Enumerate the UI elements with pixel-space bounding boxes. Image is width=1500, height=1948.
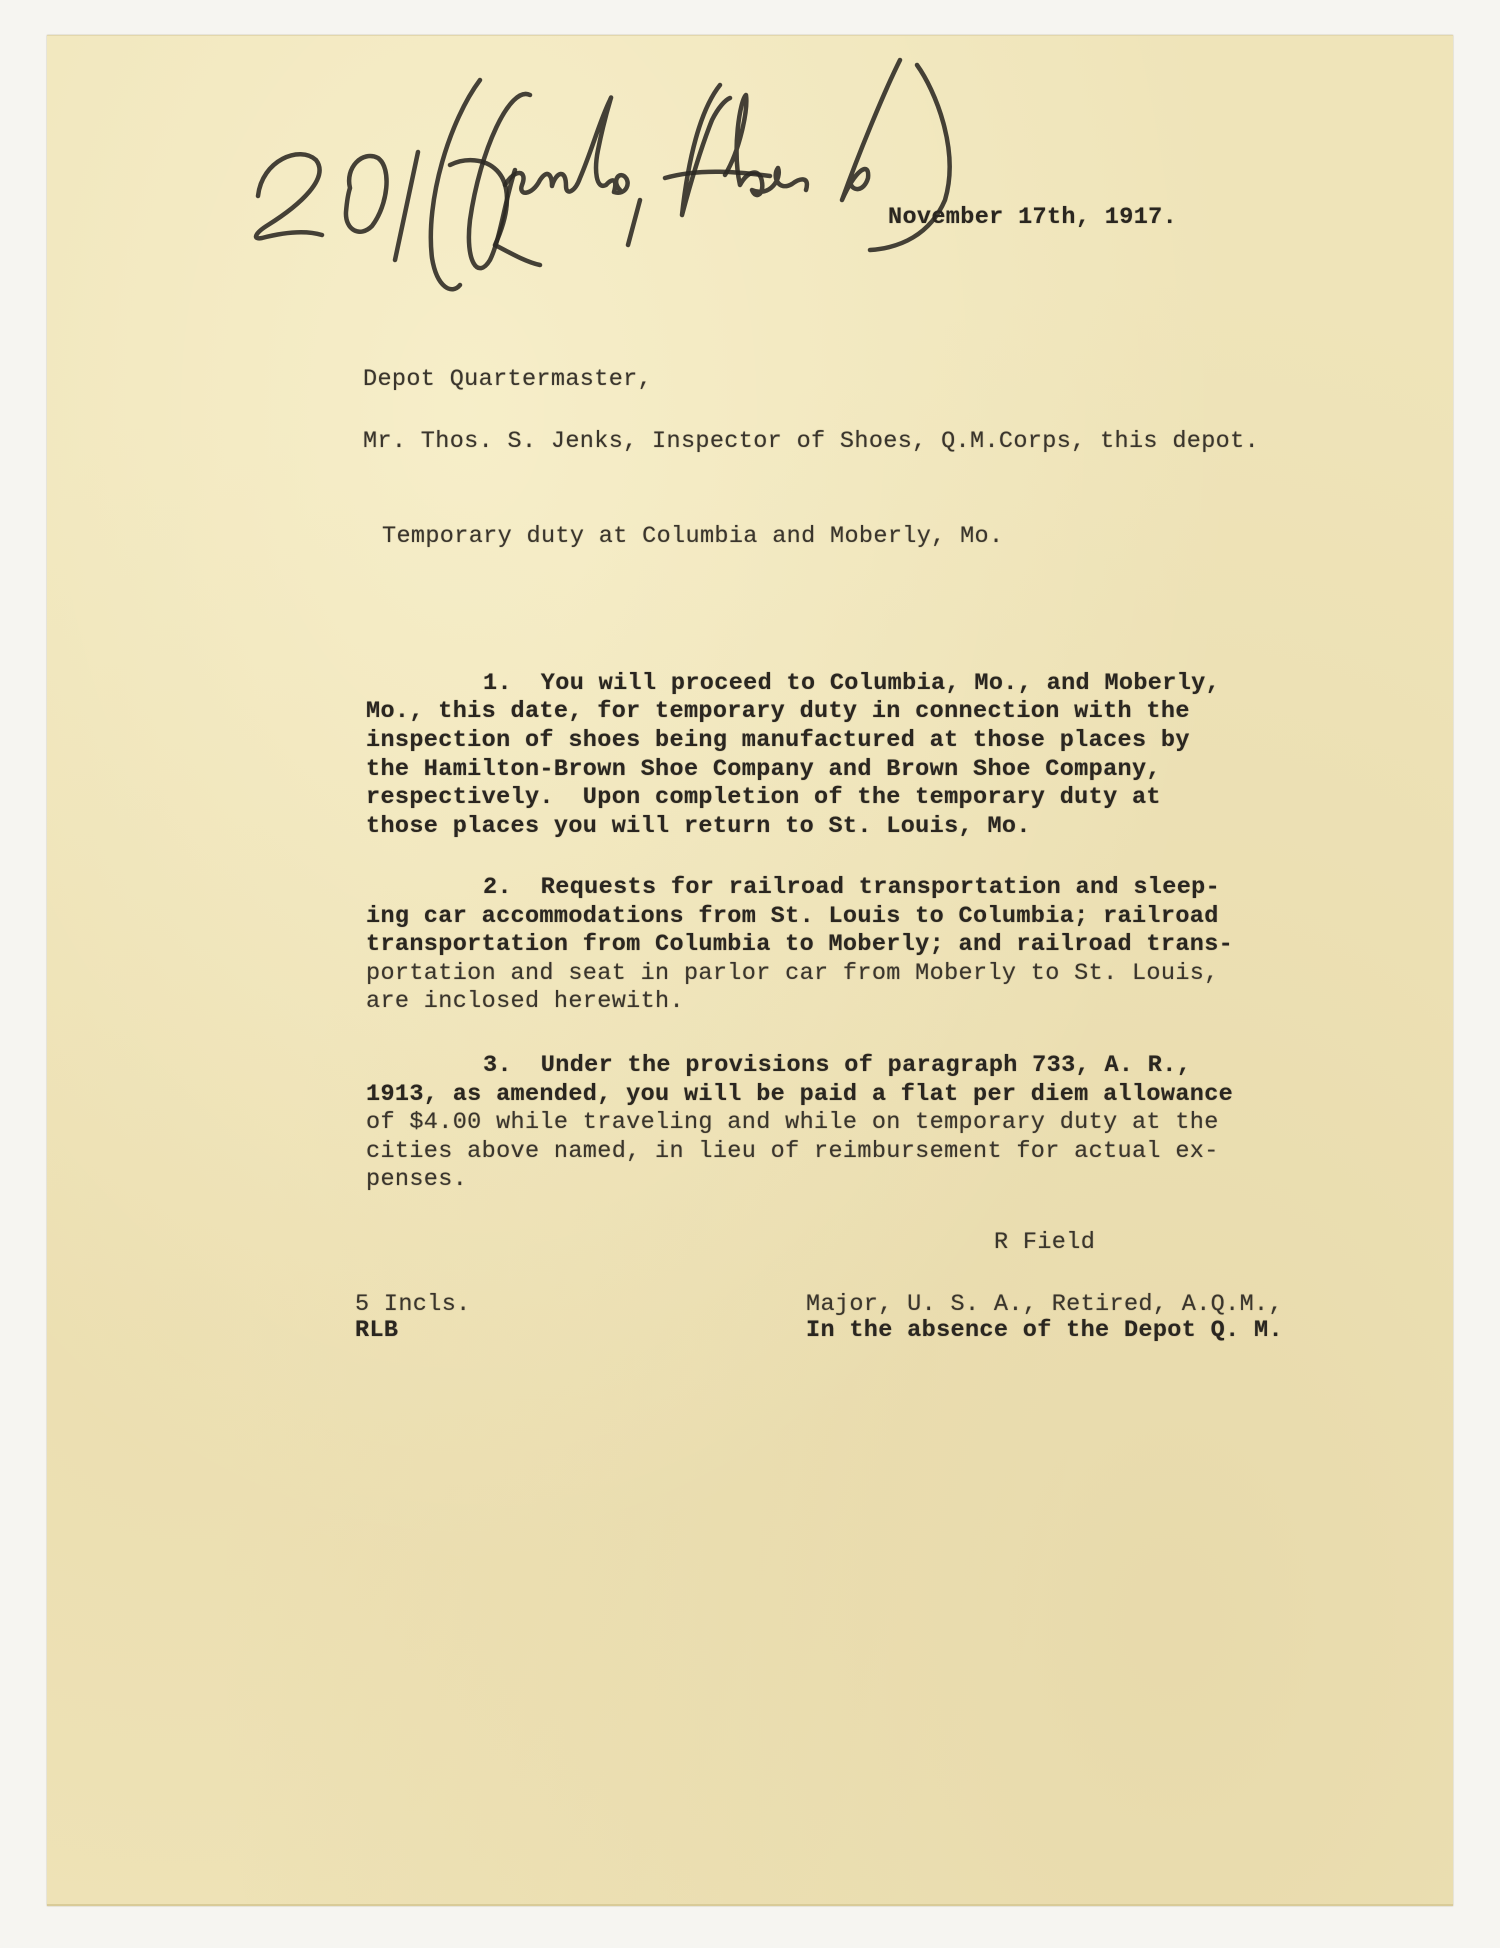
paragraph-line: transportation from Columbia to Moberly;…	[366, 931, 1233, 960]
paragraph-line: those places you will return to St. Loui…	[366, 813, 1031, 842]
subject-line: Temporary duty at Columbia and Moberly, …	[382, 523, 1003, 552]
paragraph-line: ing car accommodations from St. Louis to…	[366, 903, 1219, 932]
paragraph-line: respectively. Upon completion of the tem…	[366, 784, 1161, 813]
enclosures-note: 5 Incls.	[355, 1291, 471, 1320]
paragraph-line: penses.	[366, 1166, 467, 1195]
paragraph-line: the Hamilton-Brown Shoe Company and Brow…	[366, 756, 1161, 785]
paragraph-line: 1. You will proceed to Columbia, Mo., an…	[483, 670, 1220, 699]
paragraph-line: 1913, as amended, you will be paid a fla…	[366, 1081, 1233, 1110]
paragraph-line: Mo., this date, for temporary duty in co…	[366, 698, 1190, 727]
signer-title: Major, U. S. A., Retired, A.Q.M.,	[806, 1291, 1283, 1320]
paragraph-line: 2. Requests for railroad transportation …	[483, 874, 1220, 903]
paragraph-line: 3. Under the provisions of paragraph 733…	[483, 1052, 1191, 1081]
typist-initials: RLB	[355, 1317, 398, 1346]
signer-absence-note: In the absence of the Depot Q. M.	[806, 1317, 1283, 1346]
signature-name: R Field	[994, 1229, 1095, 1258]
paragraph-line: inspection of shoes being manufactured a…	[366, 727, 1190, 756]
paragraph-line: of $4.00 while traveling and while on te…	[366, 1109, 1219, 1138]
addressee-from: Depot Quartermaster,	[363, 366, 652, 395]
letter-date: November 17th, 1917.	[888, 204, 1177, 233]
paragraph-line: are inclosed herewith.	[366, 988, 684, 1017]
paragraph-line: portation and seat in parlor car from Mo…	[366, 960, 1219, 989]
paragraph-line: cities above named, in lieu of reimburse…	[366, 1138, 1219, 1167]
addressee-to: Mr. Thos. S. Jenks, Inspector of Shoes, …	[363, 428, 1259, 457]
